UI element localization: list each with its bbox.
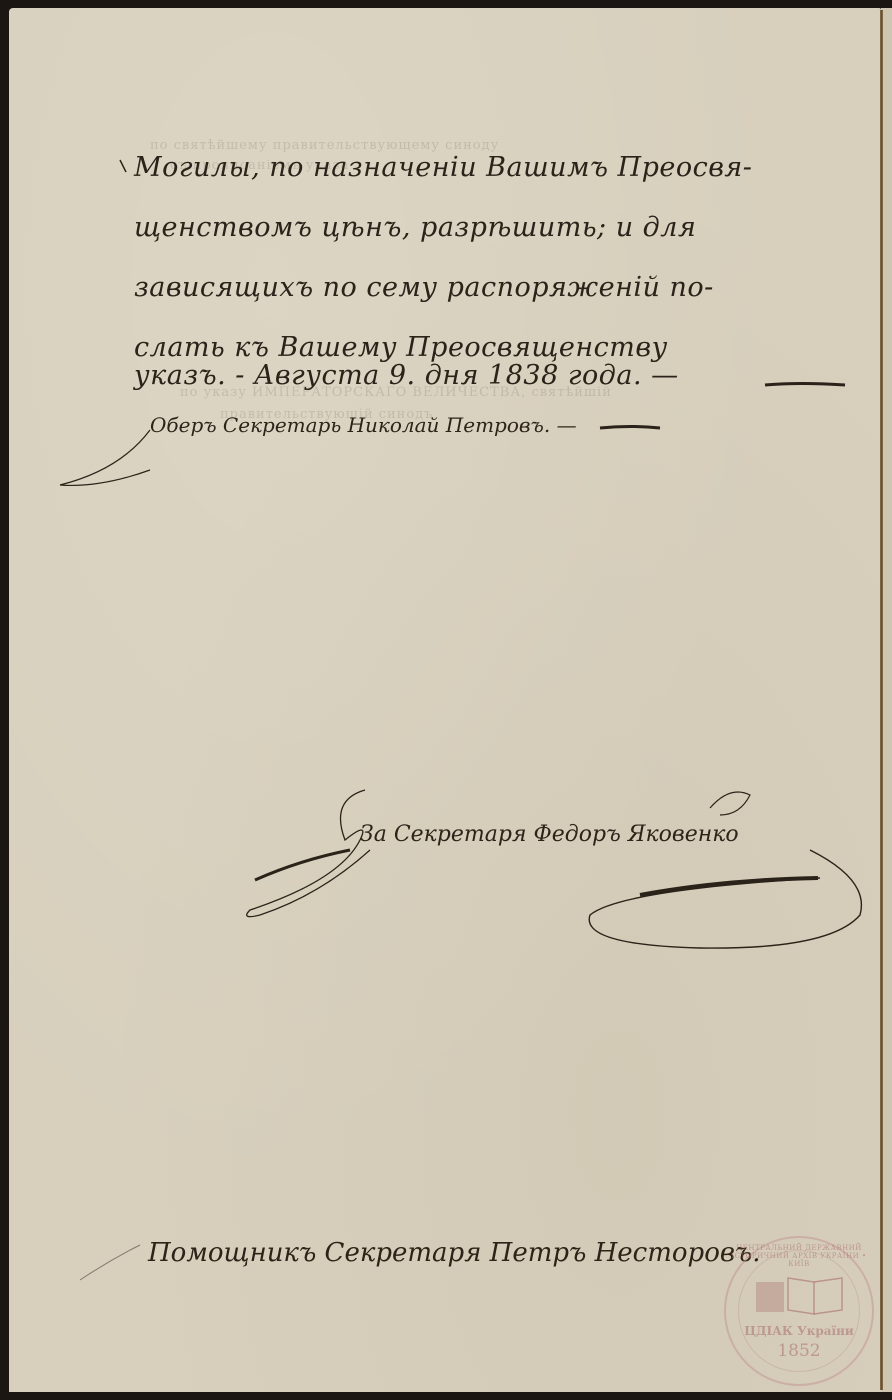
- body-line-3: зависящихъ по сему распоряженій по-: [134, 272, 714, 303]
- stamp-ring-text: ЦЕНТРАЛЬНИЙ ДЕРЖАВНИЙ ІСТОРИЧНИЙ АРХІВ У…: [726, 1244, 872, 1268]
- body-line-2: щенствомъ цѣнъ, разрѣшить; и для: [134, 212, 696, 243]
- body-line-4: слать къ Вашему Преосвященству: [134, 332, 668, 363]
- body-line-5: указъ. - Августа 9. дня 1838 года. —: [134, 360, 679, 391]
- stamp-year: 1852: [726, 1341, 872, 1361]
- handwriting-flourishes: [0, 0, 892, 1400]
- assistant-secretary-signature: Помощникъ Секретаря Петръ Несторовъ.: [148, 1238, 761, 1268]
- body-line-1: Могилы, по назначеніи Вашимъ Преосвя-: [134, 152, 752, 183]
- chief-secretary-signature: Оберъ Секретарь Николай Петровъ. —: [150, 413, 577, 437]
- book-icon: [756, 1274, 846, 1316]
- secretary-signature: За Секретаря Федоръ Яковенко: [360, 822, 739, 847]
- stamp-archive-name: ЦДІАК України: [726, 1324, 872, 1338]
- archive-stamp: ЦЕНТРАЛЬНИЙ ДЕРЖАВНИЙ ІСТОРИЧНИЙ АРХІВ У…: [724, 1236, 874, 1386]
